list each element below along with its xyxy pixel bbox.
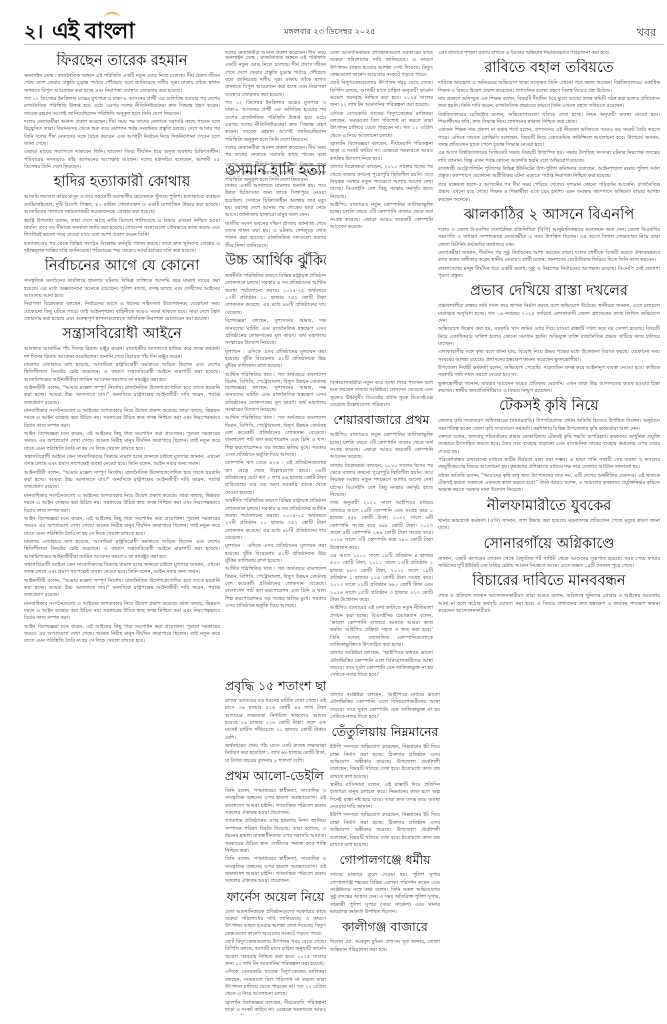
article-paragraph: তিনি বলেন, গণমাধ্যমের স্বাধীনতা, সাংবাদি…	[225, 788, 326, 817]
article-paragraph: আইনজীবী বলেন, "আমার মক্কেল সম্পূর্ণ নির্…	[24, 578, 220, 600]
article-nilphamari: নীলফামারীতে যুবকের থানার ভারপ্রাপ্ত কর্ম…	[438, 497, 660, 533]
article-continuation: অনলাইন ডেস্ক : রাজনৈতিক অঙ্গনে এই পরিস্থ…	[225, 55, 326, 160]
article-paragraph: অভিযোগে উল্লেখ করা হয়, সরকারি খাস জমির …	[438, 326, 660, 348]
article-paragraph: আর্থিক পরিস্থিতির খাত : গত অর্থবছরে বাংল…	[225, 566, 326, 610]
article-paragraph: বাংলাদেশের মানুষ দীর্ঘদিন ধরে একটি অবাধ,…	[438, 266, 660, 281]
headline: সন্ত্রাসবিরোধী আইনে	[24, 325, 220, 343]
article-sonargaon: সোনারগাঁয়ে অগ্নিকাণ্ডে জানান, একটি কাপড…	[438, 535, 660, 571]
article-paragraph: সন্ত্রাসবিরোধী আইনে কেন সাংবাদিকদের বিরু…	[24, 454, 220, 469]
article-paragraph: অর্থনীতি পরিস্থিতির কারণে বিভিন্ন রাষ্ট্…	[225, 498, 326, 542]
article-paragraph: প্রধান অতিথি বলেন, “আমাদের কৃষি শুধু খাদ…	[438, 473, 660, 495]
article-paragraph: নাম প্রকাশে অনিচ্ছুক এক শিক্ষক বলেন, বিষ…	[438, 96, 660, 111]
article-paragraph: দলের নেতাকর্মীরা আনন্দ প্রকাশ করেছেন। দী…	[225, 145, 326, 160]
article-share-market: বিনিয়োগকারীরা নতুন করে আস্থা ফিরে পাচ্ছ…	[330, 380, 433, 692]
headline: গোপালগঞ্জে ধর্মীয়	[330, 851, 440, 869]
headline: ফার্নেস অয়েল নিয়ে	[225, 888, 326, 906]
article-economic-continued: বিশেষজ্ঞরা বলছেন, সুশাসনের অভাব, দক্ষ জন…	[225, 385, 326, 675]
article-paragraph: বিনিয়োগকারীরা নতুন করে আস্থা ফিরে পাচ্ছ…	[330, 380, 433, 409]
article-paragraph: গত ১২ ডিসেম্বর ইনকিলাব মঞ্চের মুখপাত্র ও…	[24, 96, 220, 118]
page-number: ২।	[24, 18, 43, 50]
article-paragraph: আর্থিক পরিস্থিতির খাত : গত অর্থবছরে বাংল…	[225, 415, 326, 459]
article-paragraph: বাজার বিশ্লেষকরা বলছেন, ২০১০ সালের ধসের …	[330, 463, 433, 500]
sun-icon	[104, 12, 120, 22]
article-paragraph: হত্যাকাণ্ডের পর থেকে বিভিন্ন সংগঠন বিক্ষ…	[24, 241, 220, 256]
headline: শেয়ারবাজারে প্রথম	[330, 411, 433, 429]
headline: ফিরছেন তারেক রহমান	[24, 52, 220, 70]
article-tarek: ফিরছেন তারেক রহমান অনলাইন ডেস্ক : রাজনৈত…	[24, 52, 220, 171]
article-paragraph: আইন বিশেষজ্ঞরা মনে করেন, এই আইনের কিছু ধ…	[24, 516, 220, 538]
article-osman-hadi: ওসমান হাদি হত্যায় ঢাকার একটি আদালতে মাম…	[225, 160, 326, 385]
article-paragraph: আর্থিক পরিস্থিতির খাত : গত অর্থবছরে বাংল…	[225, 372, 326, 385]
article-paragraph: শোক ও প্রতিবাদ জানান আন্দোলনকারীরা। তারা…	[438, 593, 660, 615]
column-left: ফিরছেন তারেক রহমান অনলাইন ডেস্ক : রাজনৈত…	[24, 50, 220, 1010]
article-paragraph: বাজার সংশ্লিষ্টরা বলছেন, ‘আইপিওর মাধ্যমে…	[330, 692, 440, 721]
article-paragraph: আইন বিশেষজ্ঞরা মনে করেন, এই আইনের কিছু ধ…	[24, 431, 220, 453]
article-paragraph: এছাড়া মায়ের শয্যাপাশে থাকবেন তিনি। খাল…	[24, 149, 220, 171]
article-paragraph: স্থানীয় বাসিন্দারা বলেন, এই রাস্তাটি দি…	[330, 782, 440, 811]
article-paragraph: বাজার বিশ্লেষকরা বলছেন, ২০১০ সালের ধসের …	[330, 164, 433, 201]
article-paragraph: তেল আমদানিকারক প্রতিষ্ঠানগুলো সরকারের কা…	[330, 50, 433, 79]
article-paragraph: অনলাইন ডেস্ক : রাজনৈতিক অঙ্গনে এই পরিস্থ…	[24, 73, 220, 95]
article-paragraph: এলাকাবাসীর সঙ্গে কথা বলে জানা যায়, বিরো…	[438, 349, 660, 364]
article-paragraph: স্বরাষ্ট্র উপদেষ্টা বলেন, তারা দেশে আছে …	[24, 218, 220, 240]
article-election: নির্বাচনের আগে যে কোনো সাংস্কৃতিক সংগঠনে…	[24, 257, 220, 323]
article-local-group: বাজার সংশ্লিষ্টরা বলছেন, ‘আইপিওর মাধ্যমে…	[330, 692, 440, 1022]
headline: তেঁতুলিয়ায় নিম্নমানের	[330, 723, 440, 741]
article-paragraph: আইনজীবী বলেন, "আমার মক্কেল সম্পূর্ণ নির্…	[24, 470, 220, 492]
article-hadi-killer: হাদির হত্যাকারী কোথায় আসামি ফয়সাল করিম…	[24, 173, 220, 255]
article-paragraph: এবং বাজারে শৃঙ্খলা বজায় রাখতে এ ধরনের অ…	[438, 50, 660, 57]
article-paragraph: তবে বাস্তবতা হলো-৫ আগস্টের পর দীর্ঘ সময়…	[438, 182, 660, 204]
article-paragraph: এদিকে বেসরকারি খাতের বিদ্যুৎকেন্দ্রের মা…	[330, 111, 433, 140]
article-paragraph: জেলার কৃষি সম্প্রসারণ অধিদপ্তরের (খামারব…	[438, 418, 660, 433]
newspaper-logo: এই বাংলা	[52, 14, 134, 51]
article-paragraph: আদালত আসামির পাঁচ দিনের রিমান্ড মঞ্জুর ক…	[24, 346, 220, 361]
headline: হাদির হত্যাকারী কোথায়	[24, 173, 220, 191]
article-paragraph: মূল্যায়ন : এদিকে এসব প্রতিষ্ঠানের মূল্য…	[225, 349, 326, 371]
article-paragraph: ছোট বিদ্যুৎকেন্দ্রগুলোর উৎপাদন খরচ বেড়ে…	[330, 80, 433, 109]
article-paragraph: মানবাধিকার সংগঠনগুলো এ আইনের অপব্যবহার ন…	[24, 408, 220, 430]
article-rabi: রাবিতে বহাল তবিয়তে দায়িত্বে অবহেলা ও অ…	[438, 59, 660, 204]
article-paragraph: বাজার সংশ্লিষ্টরা বলছেন, ‘আইপিওর মাধ্যমে…	[330, 650, 433, 679]
article-human-chain: বিচারের দাবিতে মানববন্ধন শোক ও প্রতিবাদ …	[438, 572, 660, 615]
article-paragraph: জানান, একটি কাপড়ের দোকান থেকে বৈদ্যুতিক…	[438, 556, 660, 571]
article-paragraph: আইন বিশেষজ্ঞরা মনে করেন, এই আইনের কিছু ধ…	[24, 624, 220, 646]
article-paragraph: অর্থনীতি পরিস্থিতির কারণে বিভিন্ন রাষ্ট্…	[225, 273, 326, 317]
article-paragraph: উপজেলা নির্বাহী কর্মকর্তা বলেন, অভিযোগ প…	[438, 365, 660, 380]
article-paragraph: সাংস্কৃতিক সংগঠনের কার্যালয়ে হামলার ঘটন…	[24, 278, 220, 300]
article-paragraph: বিশেষজ্ঞরা বলছেন, সুশাসনের অভাব, দক্ষ জন…	[225, 318, 326, 347]
article-paragraph: পরিবেশবান্ধব চাষাবাদের মাধ্যমে মাটির উর্…	[438, 457, 660, 472]
section-label: খবর	[637, 24, 656, 43]
article-paragraph: মানবাধিকার সংগঠনগুলো এ আইনের অপব্যবহার ন…	[24, 493, 220, 515]
article-paragraph: রাজশাহী মেট্রোপলিটন পুলিশের বিভিন্ন ইউনি…	[438, 166, 660, 181]
article-paragraph: ইউপি সদস্যরা অভিযোগ করেছেন, নিম্নমানের ই…	[330, 812, 440, 849]
article-paragraph: নেতাকর্মীরা জানান, দীর্ঘদিন পর সুষ্ঠু নি…	[438, 250, 660, 265]
article-paragraph: তেল আমদানিকারক প্রতিষ্ঠানগুলো সরকারের কা…	[225, 909, 326, 938]
article-paragraph: দলের নেতাকর্মীরা আনন্দ প্রকাশ করেছেন। দী…	[24, 119, 220, 148]
article-paragraph: মামলার এজাহারে বলা হয়েছে, আসামিরা রাষ্ট…	[24, 539, 220, 561]
article-paragraph: বক্তারা বলেন, জলবায়ু পরিবর্তনের প্রভাব …	[438, 434, 660, 456]
headline: নীলফামারীতে যুবকের	[438, 497, 660, 515]
article-tech-agri: টেকসই কৃষি নিয়ে জেলার কৃষি সম্প্রসারণ অ…	[438, 397, 660, 494]
article-paragraph: কোম্পানি ঋণ বেড়ে ৪২৬ : এই প্রতিষ্ঠানগুল…	[225, 460, 326, 497]
article-paragraph: এর আগে ২০১০ সালে ১৮টি প্রতিষ্ঠান ৪ হাজার…	[330, 553, 433, 604]
article-paragraph: এদিকে বেসরকারি খাতের বিদ্যুৎকেন্দ্রের মা…	[225, 969, 326, 998]
article-paragraph: তথ্য অনুযায়ী ২০২১ সালে আইপিওর মাধ্যমে ব…	[330, 500, 433, 551]
article-paragraph: দলের ও জেলা বিএনপির সাংগঠনিক প্রতিনিধিরা…	[438, 227, 660, 249]
article-paragraph: অর্থবছরের প্রথম পাঁচ মাসে মোট রাজস্ব লক্…	[225, 743, 326, 765]
article-paragraph: আইনজীবী বলেন, "আমার মক্কেল সম্পূর্ণ নির্…	[24, 385, 220, 407]
headline: রাবিতে বহাল তবিয়তে	[438, 59, 660, 77]
headline: নির্বাচনের আগে যে কোনো	[24, 257, 220, 275]
article-paragraph: প্রভাবশালীরা রাস্তার জমি দখল করে স্থাপনা…	[438, 303, 660, 325]
article-paragraph: তিনি বলেন, গণমাধ্যমের স্বাধীনতা, সাংবাদি…	[225, 856, 326, 885]
headline: টেকসই কৃষি নিয়ে	[438, 397, 660, 415]
article-paragraph: জাতীয় সংসদ ভবনের দক্ষিণ প্লাজায় জানাজা…	[225, 221, 326, 250]
headline: ঝালকাঠির ২ আসনে বিএনপি	[438, 206, 660, 224]
article-paragraph: আইপিও বাজারেও নতুন কোম্পানির তালিকাভুক্ত…	[330, 202, 433, 231]
article-paragraph: থানার ভারপ্রাপ্ত কর্মকর্তা (ওসি) জানান, …	[438, 518, 660, 533]
article-paragraph: এর আগে বিশ্ববিদ্যালয়ের সিন্ডিকেট সভায় …	[438, 150, 660, 165]
headline: প্রবৃদ্ধি ১৫ শতাংশ ছাড়ালেও	[225, 677, 326, 695]
article-paragraph: ভুক্তভোগীরা জানান, বারবার আবেদন করেও প্র…	[438, 381, 660, 396]
article-paragraph: মূল্যায়ন : এদিকে এসব প্রতিষ্ঠানের মূল্য…	[225, 543, 326, 565]
article-paragraph: জ্বালানি বিশেষজ্ঞরা বলছেন, দীর্ঘমেয়াদি …	[330, 141, 433, 163]
article-anti-terror: সন্ত্রাসবিরোধী আইনে আদালত আসামির পাঁচ দি…	[24, 325, 220, 645]
issue-date: মঙ্গলবার ২৩ ডিসেম্বর ২০২৫	[284, 26, 376, 39]
article-paragraph: আসামি ফয়সাল করিম মাসুদ ও তার সহযোগী আলম…	[24, 194, 220, 216]
article-paragraph: ছোট বিদ্যুৎকেন্দ্রগুলোর উৎপাদন খরচ বেড়ে…	[225, 939, 326, 968]
article-paragraph: দায়িত্বে অবহেলা ও অনিয়মের অভিযোগ থাকা …	[438, 80, 660, 95]
article-paragraph: আইপিও বাজারেও নতুন কোম্পানির তালিকাভুক্ত…	[330, 432, 433, 461]
headline: সোনারগাঁয়ে অগ্নিকাণ্ডে	[438, 535, 660, 553]
headline: প্রভাব দেখিয়ে রাস্তা দখলের	[438, 282, 660, 300]
article-paragraph: সন্ত্রাসবিরোধী আইনে কেন সাংবাদিকদের বিরু…	[24, 562, 220, 577]
article-paragraph: ইউপি সদস্যরা অভিযোগ করেছেন, নিম্নমানের ই…	[330, 744, 440, 781]
article-paragraph: অনলাইন ডেস্ক : রাজনৈতিক অঙ্গনে এই পরিস্থ…	[225, 55, 326, 99]
headline: উচ্চ আর্থিক ঝুঁকিতে	[225, 252, 326, 270]
headline: বিচারের দাবিতে মানববন্ধন	[438, 572, 660, 590]
article-paragraph: একজন শিক্ষক নাম প্রকাশ না করার শর্তে বলে…	[438, 127, 660, 149]
article-paragraph: রাজস্ব আদায়ের বড় ধরনের ঘাটতি দেখা গেছে…	[225, 698, 326, 742]
headline: প্রথম আলো-ডেইলি স্টার	[225, 767, 326, 785]
headline: কালীগঞ্জ বাজারে	[330, 918, 440, 936]
masthead: ২। এই বাংলা মঙ্গলবার ২৩ ডিসেম্বর ২০২৫ খব…	[24, 18, 664, 45]
article-growth-group: প্রবৃদ্ধি ১৫ শতাংশ ছাড়ালেও রাজস্ব আদায়…	[225, 675, 326, 1015]
article-paragraph: জ্বালানি বিশেষজ্ঞরা বলছেন, দীর্ঘমেয়াদি …	[225, 1000, 326, 1015]
article-paragraph: মানবাধিকার সংগঠনগুলো এ আইনের অপব্যবহার ন…	[24, 601, 220, 623]
article-paragraph: ঢাকার একটি আদালতে মামলার শুনানি হয়। পরে…	[225, 183, 326, 220]
article-road-occupy: প্রভাব দেখিয়ে রাস্তা দখলের প্রভাবশালীরা…	[438, 282, 660, 395]
article-paragraph: বিশ্ববিদ্যালয়ের রেজিস্ট্রার বলেন, অভিযো…	[438, 112, 660, 127]
article-paragraph: তাদের মাজারে তুলে দেওয়া হয়। পুলিশ সুপা…	[330, 872, 440, 916]
article-paragraph: ছিলেন মো. আবদুল মুমিন। প্রশাসন সূত্র জান…	[330, 939, 440, 954]
article-paragraph: গত ১২ ডিসেম্বর ইনকিলাব মঞ্চের মুখপাত্র ও…	[225, 100, 326, 144]
article-paragraph: আইপিও বাজারের এই মন্দা কাটাতে নতুন নীতিম…	[330, 605, 433, 649]
column-right: এবং বাজারে শৃঙ্খলা বজায় রাখতে এ ধরনের অ…	[438, 50, 660, 1010]
article-paragraph: গণমাধ্যম প্রতিষ্ঠানের ওপর হামলার নিন্দা …	[225, 818, 326, 855]
article-jhalokathi: ঝালকাঠির ২ আসনে বিএনপি দলের ও জেলা বিএনপ…	[438, 206, 660, 280]
article-paragraph: মামলার এজাহারে বলা হয়েছে, আসামিরা রাষ্ট…	[24, 362, 220, 384]
article-paragraph: বিশেষজ্ঞরা বলছেন, সুশাসনের অভাব, দক্ষ জন…	[225, 385, 326, 414]
article-paragraph: নিরাপত্তা বিশ্লেষকরা বলছেন, নির্বাচনের আ…	[24, 301, 220, 323]
headline: ওসমান হাদি হত্যায়	[225, 162, 326, 180]
